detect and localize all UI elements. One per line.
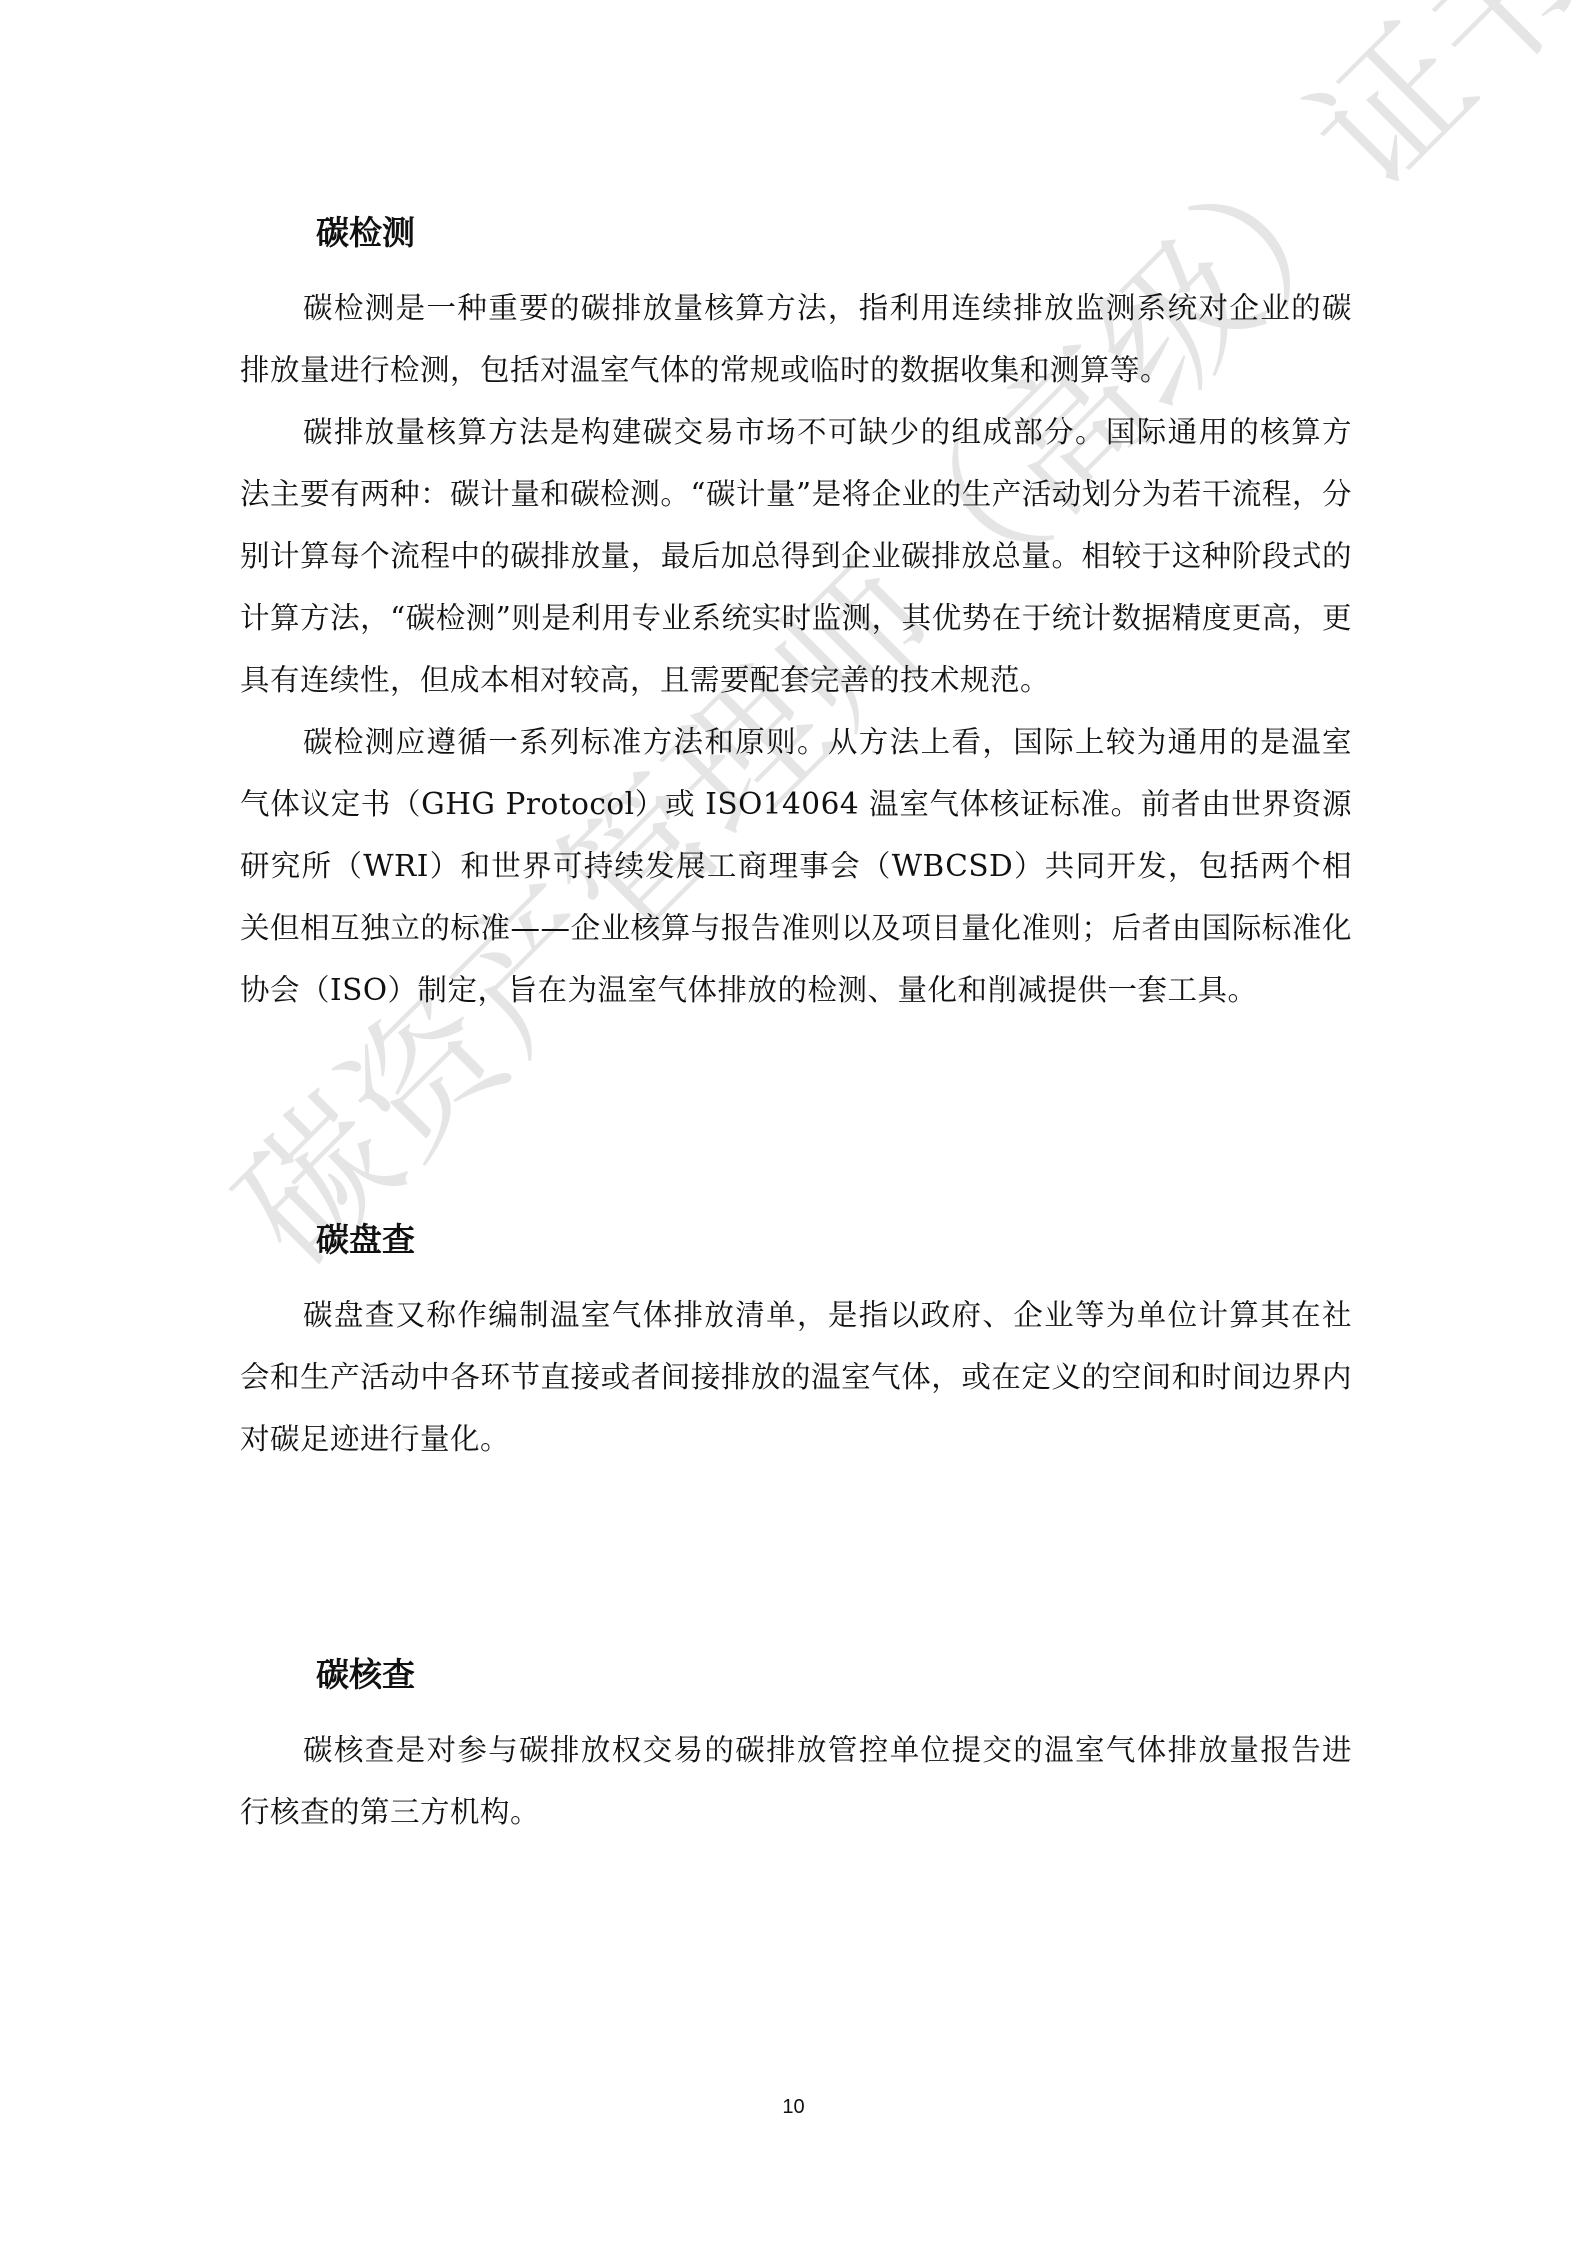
page-number: 10 — [0, 2096, 1587, 2119]
paragraph: 碳排放量核算方法是构建碳交易市场不可缺少的组成部分。国际通用的核算方法主要有两种… — [240, 401, 1352, 711]
paragraph: 碳检测应遵循一系列标准方法和原则。从方法上看，国际上较为通用的是温室气体议定书（… — [240, 711, 1352, 1021]
section-title-carbon-inventory: 碳盘查 — [316, 1220, 415, 1260]
section-title-carbon-verification: 碳核查 — [316, 1655, 415, 1695]
paragraph: 碳核查是对参与碳排放权交易的碳排放管控单位提交的温室气体排放量报告进行核查的第三… — [240, 1719, 1352, 1843]
document-page: 碳资产管理师（高级）证书 碳检测 碳检测是一种重要的碳排放量核算方法，指利用连续… — [0, 0, 1587, 2245]
section-title-carbon-detection: 碳检测 — [316, 213, 415, 253]
paragraph: 碳检测是一种重要的碳排放量核算方法，指利用连续排放监测系统对企业的碳排放量进行检… — [240, 277, 1352, 401]
paragraph: 碳盘查又称作编制温室气体排放清单，是指以政府、企业等为单位计算其在社会和生产活动… — [240, 1284, 1352, 1470]
